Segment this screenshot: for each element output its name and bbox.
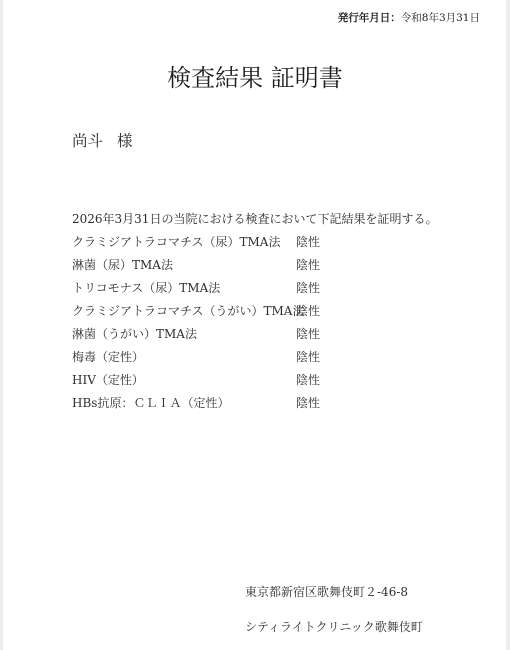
test-result: 陰性: [296, 394, 320, 412]
page-edge-left: [0, 0, 3, 650]
test-result: 陰性: [296, 279, 320, 297]
result-row: 淋菌（尿）TMA法 陰性: [72, 256, 372, 279]
recipient: 尚斗様: [72, 129, 133, 151]
test-name: 淋菌（うがい）TMA法: [72, 325, 197, 343]
test-result: 陰性: [296, 233, 320, 251]
test-result: 陰性: [296, 371, 320, 389]
test-result: 陰性: [296, 325, 320, 343]
issue-date-label: 発行年月日：: [338, 12, 401, 24]
test-name: HBs抗原：ＣＬＩＡ（定性）: [72, 394, 229, 412]
result-row: クラミジアトラコマチス（うがい）TMA法 陰性: [72, 302, 372, 325]
result-row: トリコモナス（尿）TMA法 陰性: [72, 279, 372, 302]
recipient-honorific: 様: [117, 132, 133, 150]
result-row: クラミジアトラコマチス（尿）TMA法 陰性: [72, 233, 372, 256]
clinic-address: 東京都新宿区歌舞伎町２-46-8: [245, 583, 408, 600]
result-row: 梅毒（定性） 陰性: [72, 348, 372, 371]
test-name: HIV（定性）: [72, 371, 144, 389]
issue-date-value: 令和8年3月31日: [401, 12, 480, 24]
result-row: 淋菌（うがい）TMA法 陰性: [72, 325, 372, 348]
recipient-name: 尚斗: [72, 132, 103, 150]
test-name: トリコモナス（尿）TMA法: [72, 279, 220, 297]
test-results-list: クラミジアトラコマチス（尿）TMA法 陰性 淋菌（尿）TMA法 陰性 トリコモナ…: [72, 233, 372, 417]
test-result: 陰性: [296, 348, 320, 366]
test-name: 梅毒（定性）: [72, 348, 144, 366]
result-row: HIV（定性） 陰性: [72, 371, 372, 394]
test-result: 陰性: [296, 256, 320, 274]
page-edge-right: [506, 0, 510, 650]
clinic-name: シティライトクリニック歌舞伎町: [245, 618, 423, 635]
result-row: HBs抗原：ＣＬＩＡ（定性） 陰性: [72, 394, 372, 417]
certification-statement: 2026年3月31日の当院における検査において下記結果を証明する。: [72, 210, 437, 227]
issue-date: 発行年月日：令和8年3月31日: [338, 10, 480, 25]
test-name: 淋菌（尿）TMA法: [72, 256, 173, 274]
test-result: 陰性: [296, 302, 320, 320]
document-title: 検査結果 証明書: [0, 58, 510, 93]
test-name: クラミジアトラコマチス（尿）TMA法: [72, 233, 280, 251]
test-name: クラミジアトラコマチス（うがい）TMA法: [72, 302, 304, 320]
